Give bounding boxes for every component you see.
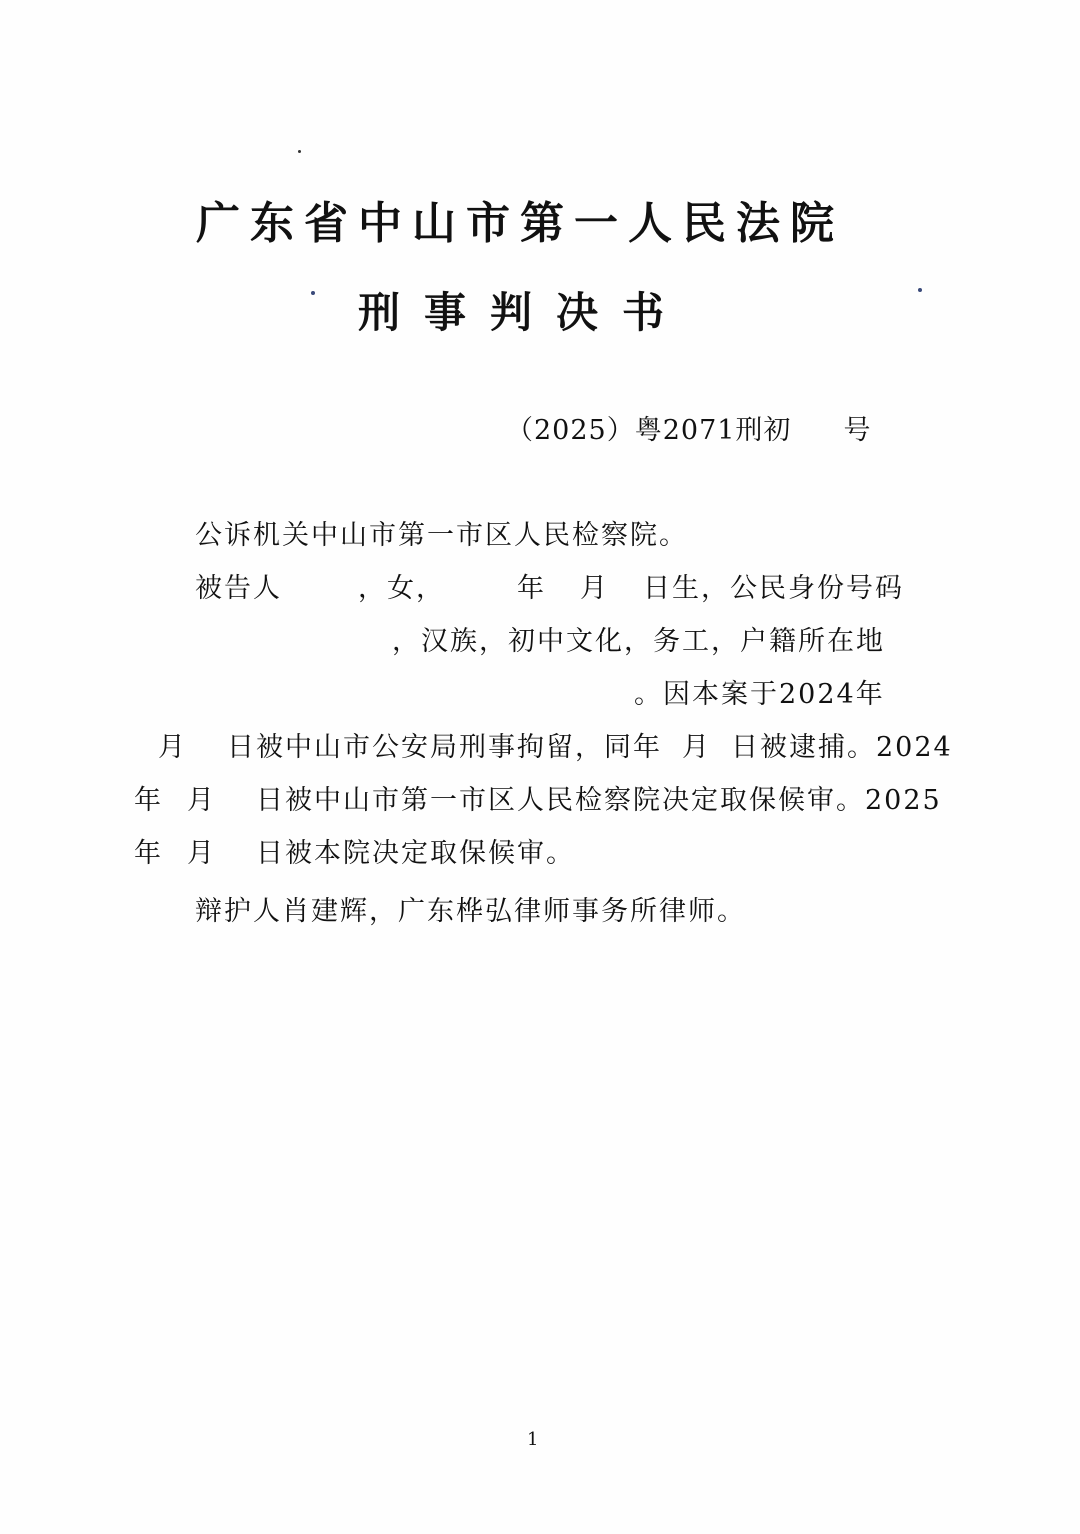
defendant-line-2: ，汉族，初中文化，务工，户籍所在地 — [392, 624, 885, 660]
document-page: 广东省中山市第一人民法院 刑事判决书 （2025）粤2071刑初号 公诉机关中山… — [0, 0, 1080, 1534]
scan-speck — [311, 291, 315, 295]
prosecutor-paragraph: 公诉机关中山市第一市区人民检察院。 — [195, 518, 688, 554]
text-segment: 年 — [134, 785, 163, 816]
defendant-line-3: 。因本案于2024年 — [634, 677, 885, 713]
defendant-line-1: 被告人，女，年月日生，公民身份号码 — [195, 571, 904, 607]
text-segment: 被告人 — [195, 573, 282, 604]
scan-speck — [918, 288, 922, 292]
text-segment: 月 — [682, 732, 711, 763]
text-segment: 月 — [580, 573, 609, 604]
scan-speck — [298, 150, 301, 153]
case-number-prefix: （2025）粤2071刑初 — [506, 415, 791, 446]
text-segment: 年 — [134, 838, 163, 869]
court-name: 广东省中山市第一人民法院 — [196, 198, 844, 250]
text-segment: 日被本院决定取保候审。 — [256, 838, 575, 869]
text-segment: 月 — [158, 732, 187, 763]
defendant-line-5: 年月日被中山市第一市区人民检察院决定取保候审。2025 — [134, 783, 942, 819]
defender-paragraph: 辩护人肖建辉，广东桦弘律师事务所律师。 — [195, 894, 746, 930]
defendant-line-4: 月日被中山市公安局刑事拘留，同年月日被逮捕。2024 — [158, 730, 953, 766]
text-segment: ，女， — [358, 573, 445, 604]
page-number: 1 — [527, 1428, 538, 1452]
text-segment: 月 — [187, 838, 216, 869]
case-number-suffix: 号 — [843, 415, 871, 446]
text-segment: 日被逮捕。2024 — [731, 732, 953, 763]
document-type-title: 刑事判决书 — [358, 287, 688, 339]
text-segment: 日被中山市公安局刑事拘留，同年 — [227, 732, 662, 763]
text-segment: 日生，公民身份号码 — [643, 573, 904, 604]
text-segment: 日被中山市第一市区人民检察院决定取保候审。2025 — [256, 785, 942, 816]
text-segment: 年 — [517, 573, 546, 604]
defendant-line-6: 年月日被本院决定取保候审。 — [134, 836, 575, 872]
case-number: （2025）粤2071刑初号 — [506, 413, 871, 449]
text-segment: 月 — [187, 785, 216, 816]
